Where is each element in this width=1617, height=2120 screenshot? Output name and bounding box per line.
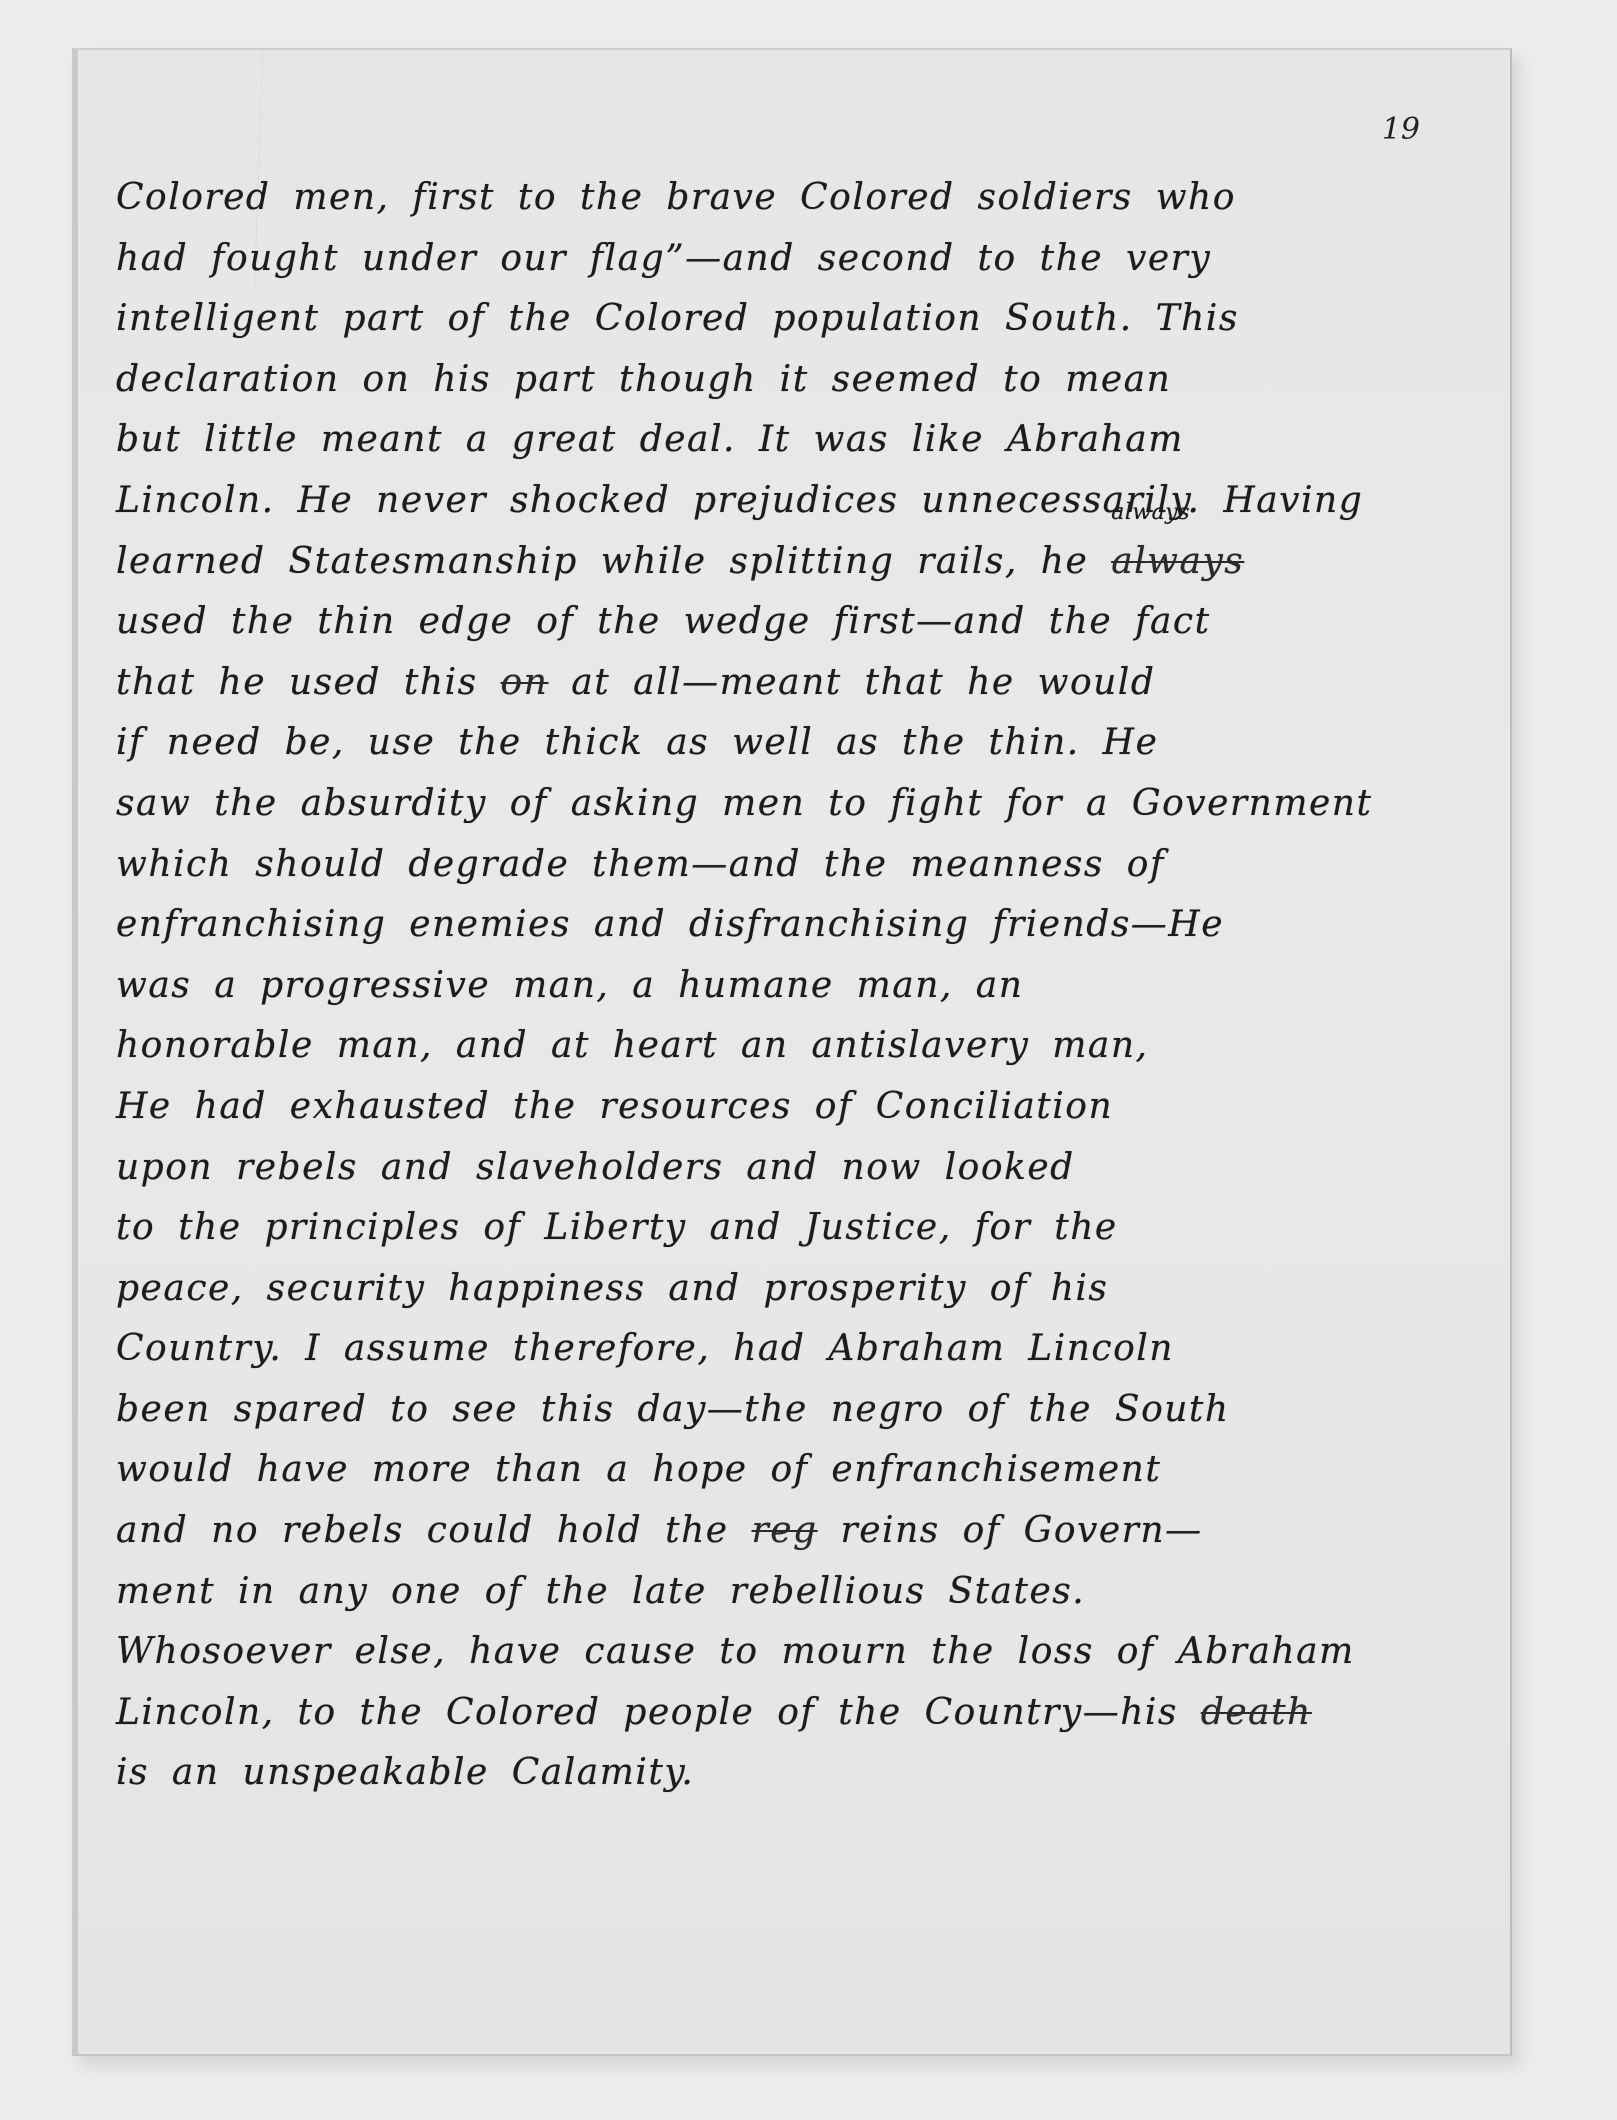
text-line: Lincoln, to the Colored people of the Co… — [116, 1683, 1496, 1744]
line-segment: learned Statesmanship while splitting ra… — [116, 541, 1111, 582]
line-segment: reins of Govern— — [818, 1510, 1203, 1551]
line-segment: and no rebels could hold the — [116, 1510, 752, 1551]
struck-word: reg — [752, 1510, 818, 1551]
text-line: Colored men, first to the brave Colored … — [116, 168, 1496, 229]
text-line: which should degrade them—and the meanne… — [116, 835, 1496, 896]
line-segment: at all—meant that he would — [548, 662, 1155, 703]
text-line: Lincoln. He never shocked prejudices unn… — [116, 471, 1496, 532]
text-line: had fought under our flag”—and second to… — [116, 229, 1496, 290]
manuscript-page: 19 Colored men, first to the brave Color… — [72, 48, 1512, 2056]
text-line: been spared to see this day—the negro of… — [116, 1380, 1496, 1441]
struck-word: on — [501, 662, 549, 703]
text-line: is an unspeakable Calamity. — [116, 1743, 1496, 1804]
text-line: declaration on his part though it seemed… — [116, 350, 1496, 411]
text-line: upon rebels and slaveholders and now loo… — [116, 1138, 1496, 1199]
text-line: ment in any one of the late rebellious S… — [116, 1562, 1496, 1623]
correction: alwaysalways — [1111, 532, 1244, 593]
text-line: Country. I assume therefore, had Abraham… — [116, 1319, 1496, 1380]
text-line: He had exhausted the resources of Concil… — [116, 1077, 1496, 1138]
text-line: if need be, use the thick as well as the… — [116, 713, 1496, 774]
struck-word: death — [1201, 1692, 1312, 1733]
struck-word: always — [1111, 541, 1244, 582]
line-segment: that he used this — [116, 662, 501, 703]
line-segment: Lincoln, to the Colored people of the Co… — [116, 1692, 1201, 1733]
text-line: intelligent part of the Colored populati… — [116, 289, 1496, 350]
text-line: enfranchising enemies and disfranchising… — [116, 895, 1496, 956]
page-number: 19 — [1382, 112, 1420, 147]
text-line: but little meant a great deal. It was li… — [116, 410, 1496, 471]
text-line: to the principles of Liberty and Justice… — [116, 1198, 1496, 1259]
text-line: learned Statesmanship while splitting ra… — [116, 532, 1496, 593]
text-line: Whosoever else, have cause to mourn the … — [116, 1622, 1496, 1683]
text-line: used the thin edge of the wedge first—an… — [116, 592, 1496, 653]
text-line: was a progressive man, a humane man, an — [116, 956, 1496, 1017]
text-line: saw the absurdity of asking men to fight… — [116, 774, 1496, 835]
text-line: peace, security happiness and prosperity… — [116, 1259, 1496, 1320]
inserted-word: always — [1111, 502, 1190, 524]
text-line: and no rebels could hold the reg reins o… — [116, 1501, 1496, 1562]
text-line: honorable man, and at heart an antislave… — [116, 1016, 1496, 1077]
manuscript-text: Colored men, first to the brave Colored … — [116, 168, 1496, 1804]
text-line: would have more than a hope of enfranchi… — [116, 1440, 1496, 1501]
text-line: that he used this on at all—meant that h… — [116, 653, 1496, 714]
